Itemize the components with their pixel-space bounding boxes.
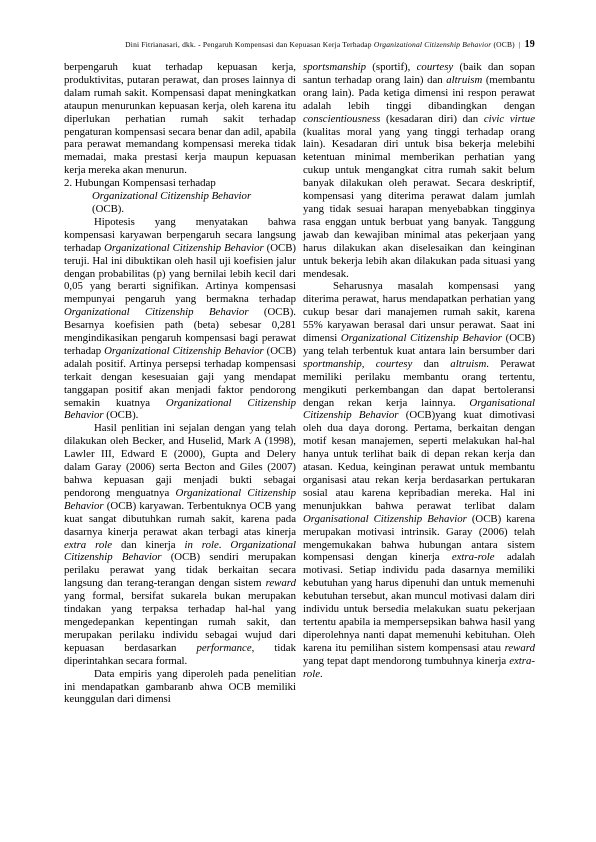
text-run: (OCB). (92, 203, 124, 215)
italic-text-run: extra role (64, 539, 112, 551)
two-column-body: berpengaruh kuat terhadap kepuasan kerja… (64, 61, 535, 706)
italic-text-run: Organizational Citizenship Behavior (64, 306, 249, 318)
italic-text-run: performance (196, 642, 251, 654)
text-run: (OCB)yang kuat dimotivasi oleh dua daya … (303, 409, 535, 511)
paragraph: Hipotesis yang menyatakan bahwa kompensa… (64, 216, 296, 423)
text-run: 2. Hubungan Kompensasi terhadap (64, 177, 216, 189)
text-run: berpengaruh kuat terhadap kepuasan kerja… (64, 61, 296, 176)
italic-text-run: sportmanship, courtesy (303, 358, 412, 370)
text-run: . (320, 668, 323, 680)
right-column: sportsmanship (sportif), courtesy (baik … (303, 61, 535, 706)
italic-text-run: civic virtue (484, 113, 535, 125)
running-title-prefix: Dini Fitrianasari, dkk. - Pengaruh Kompe… (125, 40, 374, 49)
text-run: Data empiris yang diperoleh pada penelit… (64, 668, 296, 706)
italic-text-run: altruism (450, 358, 486, 370)
italic-text-run: sportsmanship (303, 61, 366, 73)
italic-text-run: reward (266, 577, 296, 589)
italic-text-run: Organizational Citizenship Behavior (104, 345, 264, 357)
paragraph: Organizational Citizenship Behavior (64, 190, 296, 203)
italic-text-run: conscientiousness (303, 113, 380, 125)
paragraph: 2. Hubungan Kompensasi terhadap (64, 177, 296, 190)
running-title-suffix: (OCB) (491, 40, 515, 49)
running-title-italic: Organizational Citizenship Behavior (374, 40, 492, 49)
italic-text-run: reward (505, 642, 535, 654)
document-page: Dini Fitrianasari, dkk. - Pengaruh Kompe… (0, 0, 596, 842)
left-column: berpengaruh kuat terhadap kepuasan kerja… (64, 61, 296, 706)
italic-text-run: in role (184, 539, 218, 551)
text-run: (kualitas moral yang yang tinggi terhada… (303, 126, 535, 280)
header-separator: | (519, 40, 521, 49)
italic-text-run: Organizational Citizenship Behavior (104, 242, 264, 254)
text-run: (kesadaran diri) dan (380, 113, 483, 125)
paragraph: Seharusnya masalah kompensasi yang diter… (303, 280, 535, 680)
text-run: . (219, 539, 231, 551)
text-run: dan (412, 358, 450, 370)
paragraph: Data empiris yang diperoleh pada penelit… (64, 668, 296, 707)
paragraph: sportsmanship (sportif), courtesy (baik … (303, 61, 535, 280)
paragraph: Hasil penlitian ini sejalan dengan yang … (64, 422, 296, 667)
running-title: Dini Fitrianasari, dkk. - Pengaruh Kompe… (125, 40, 515, 49)
paragraph: (OCB). (64, 203, 296, 216)
italic-text-run: Organizational Citizenship Behavior (341, 332, 502, 344)
italic-text-run: Organisational Citizenship Behavior (303, 513, 467, 525)
italic-text-run: extra-role (452, 551, 495, 563)
italic-text-run: altruism (446, 74, 482, 86)
running-header: Dini Fitrianasari, dkk. - Pengaruh Kompe… (64, 39, 535, 50)
text-run: yang tepat dapt mendorong tumbuhnya kine… (303, 655, 509, 667)
italic-text-run: Organizational Citizenship Behavior (92, 190, 251, 202)
text-run: adalah motivasi. Setiap individu pada da… (303, 551, 535, 653)
page-number: 19 (525, 39, 535, 50)
paragraph: berpengaruh kuat terhadap kepuasan kerja… (64, 61, 296, 177)
text-run: (OCB). (104, 409, 139, 421)
text-run: dan kinerja (112, 539, 184, 551)
text-run: (sportif), (366, 61, 417, 73)
italic-text-run: courtesy (417, 61, 454, 73)
